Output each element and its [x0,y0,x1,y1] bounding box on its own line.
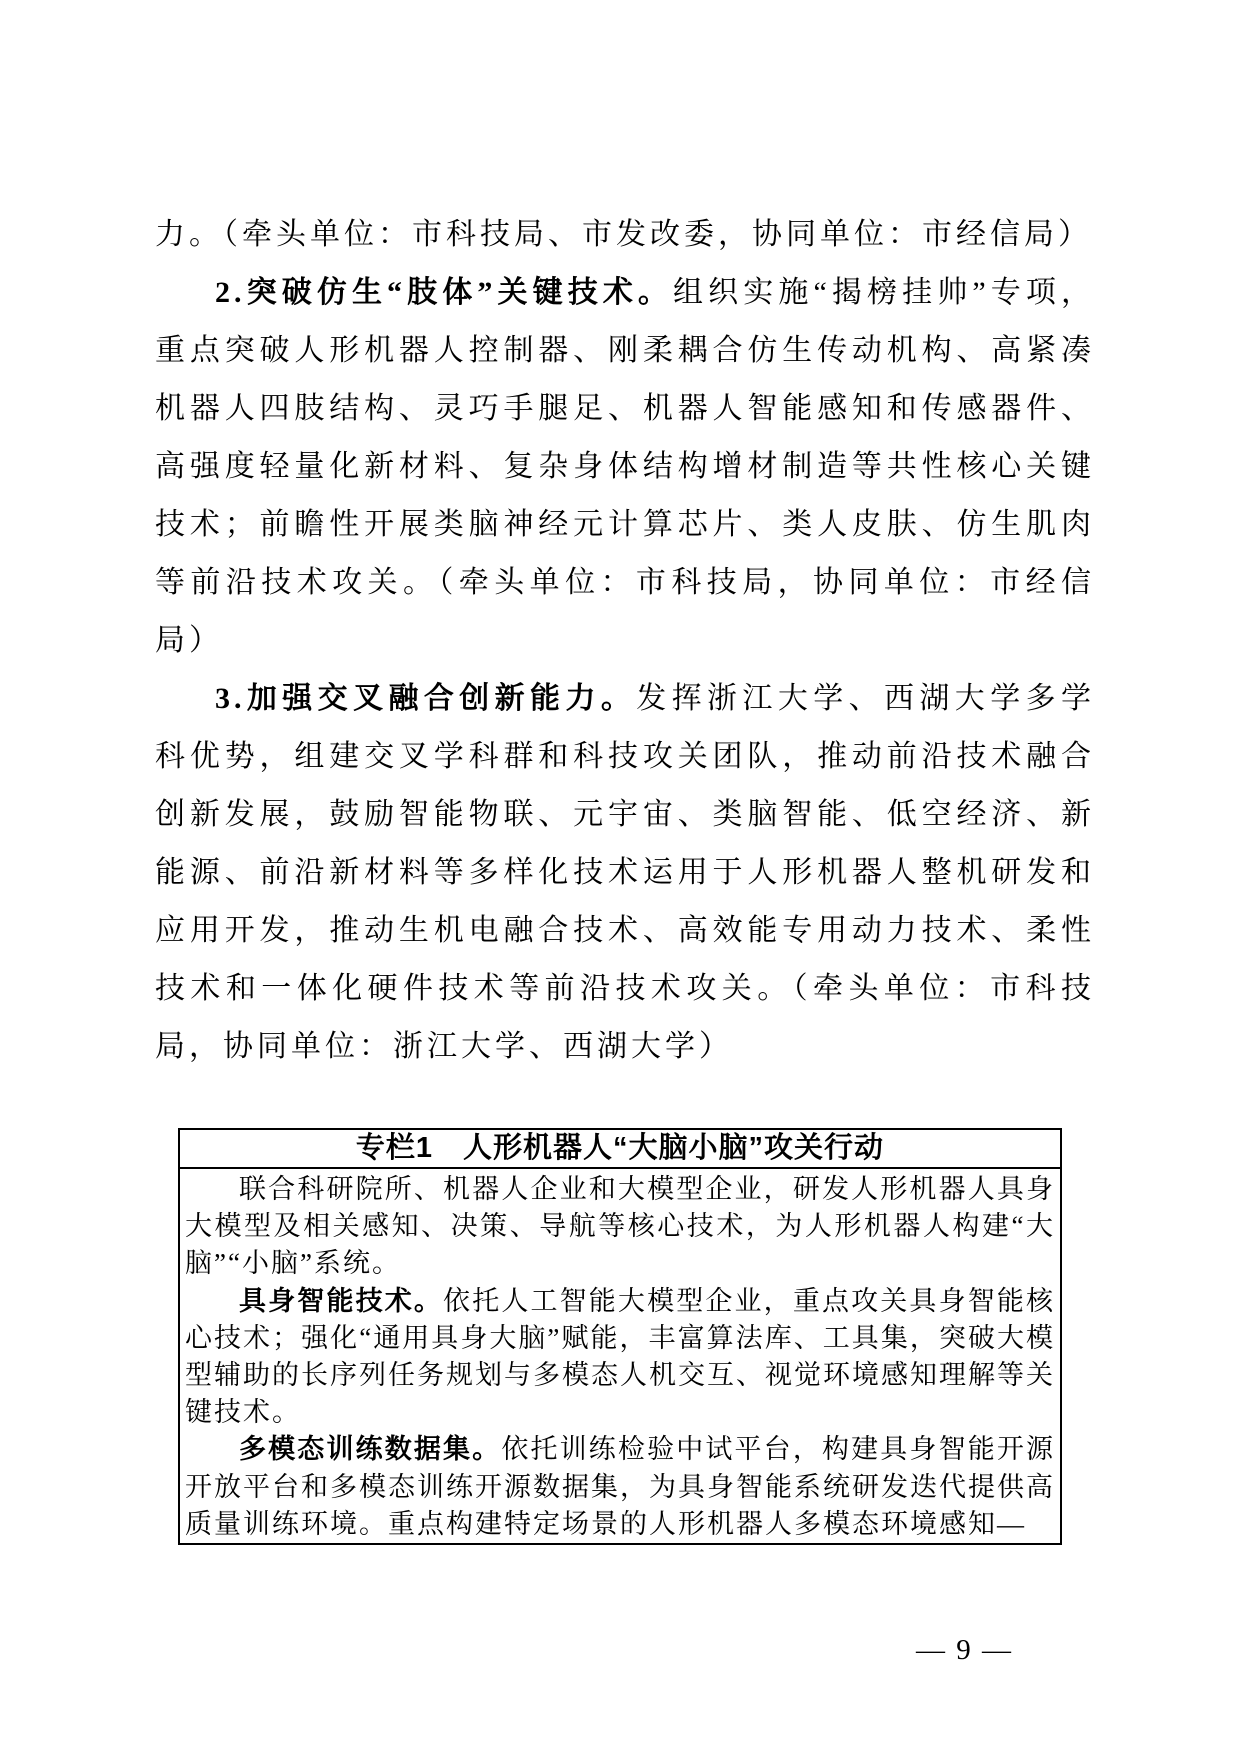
body-paragraph-continuation: 力。（牵头单位：市科技局、市发改委，协同单位：市经信局） [155,206,1095,264]
document-page: 力。（牵头单位：市科技局、市发改委，协同单位：市经信局） 2.突破仿生“肢体”关… [0,0,1240,1754]
callout-box-body: 联合科研院所、机器人企业和大模型企业，研发人形机器人具身大模型及相关感知、决策、… [180,1169,1060,1543]
callout-paragraph-embodied-ai: 具身智能技术。依托人工智能大模型企业，重点攻关具身智能核心技术；强化“通用具身大… [185,1283,1055,1432]
paragraph-lead: 3.加强交叉融合创新能力。 [215,682,636,715]
callout-paragraph-text: 联合科研院所、机器人企业和大模型企业，研发人形机器人具身大模型及相关感知、决策、… [185,1174,1055,1278]
paragraph-text: 发挥浙江大学、西湖大学多学科优势，组建交叉学科群和科技攻关团队，推动前沿技术融合… [155,682,1095,1063]
callout-box-column1: 专栏1 人形机器人“大脑小脑”攻关行动 联合科研院所、机器人企业和大模型企业，研… [178,1128,1062,1545]
paragraph-text: 组织实施“揭榜挂帅”专项，重点突破人形机器人控制器、刚柔耦合仿生传动机构、高紧凑… [155,276,1095,657]
page-number: — 9 — [916,1634,1013,1667]
callout-paragraph-lead: 多模态训练数据集。 [239,1434,501,1464]
callout-paragraph-lead: 具身智能技术。 [239,1286,443,1316]
callout-paragraph-intro: 联合科研院所、机器人企业和大模型企业，研发人形机器人具身大模型及相关感知、决策、… [185,1171,1055,1283]
paragraph-lead: 2.突破仿生“肢体”关键技术。 [215,276,673,309]
callout-box-title: 专栏1 人形机器人“大脑小脑”攻关行动 [180,1130,1060,1169]
main-text-column: 力。（牵头单位：市科技局、市发改委，协同单位：市经信局） 2.突破仿生“肢体”关… [155,206,1095,1076]
paragraph-text: 力。（牵头单位：市科技局、市发改委，协同单位：市经信局） [155,218,1092,251]
body-paragraph-item2: 2.突破仿生“肢体”关键技术。组织实施“揭榜挂帅”专项，重点突破人形机器人控制器… [155,264,1095,670]
callout-paragraph-multimodal-dataset: 多模态训练数据集。依托训练检验中试平台，构建具身智能开源开放平台和多模态训练开源… [185,1431,1055,1543]
body-paragraph-item3: 3.加强交叉融合创新能力。发挥浙江大学、西湖大学多学科优势，组建交叉学科群和科技… [155,670,1095,1076]
